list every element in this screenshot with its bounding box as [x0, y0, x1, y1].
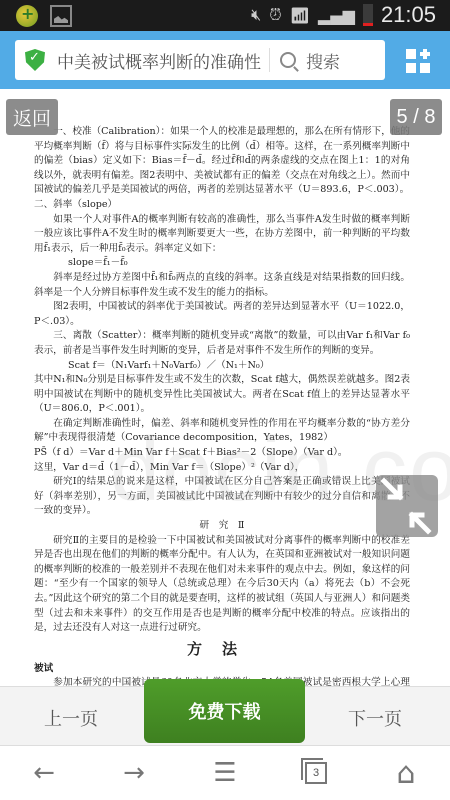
page-indicator: 5 / 8	[390, 99, 442, 135]
document-paragraph: slope＝f̄₁－f̄₀	[34, 256, 410, 271]
clock: 21:05	[381, 2, 436, 28]
document-viewer[interactable]: 一、校准（Calibration）：如果一个人的校准是最理想的，那么在所有情形下…	[0, 89, 450, 695]
document-paragraph: 在确定判断准确性时，偏差、斜率和随机变异性的作用在平均概率分数的“协方差分解”中…	[34, 417, 410, 446]
free-download-button[interactable]: 免费下载	[144, 679, 305, 743]
document-paragraph: PS̄（f d）＝Var d＋Min Var f＋Scat f＋Bias²－2（…	[34, 446, 410, 461]
document-paragraph: 方法	[34, 636, 410, 662]
document-paragraph: 二、斜率（slope）	[34, 198, 410, 213]
fullscreen-toggle-button[interactable]	[376, 475, 438, 537]
alarm-icon: ⏰︎	[269, 5, 281, 25]
tabs-button[interactable]: 3	[296, 756, 336, 790]
wifi-icon: 📶︎	[290, 6, 310, 25]
collapse-arrows-icon	[376, 475, 438, 537]
browser-top-bar: 中美被试概率判断的准确性 搜索	[0, 31, 450, 89]
document-paragraph: 如果一个人对事件A的概率判断有较高的准确性，那么当事件A发生时做的概率判断一般应…	[34, 213, 410, 257]
previous-page-button[interactable]: 上一页	[44, 705, 98, 731]
address-search-box[interactable]: 中美被试概率判断的准确性 搜索	[15, 40, 385, 80]
next-page-button[interactable]: 下一页	[348, 705, 402, 731]
document-paragraph: 其中N₁和N₀分别是目标事件发生或不发生的次数，Scat f越大，偶然误差就越多…	[34, 373, 410, 417]
back-button[interactable]: 返回	[6, 99, 58, 135]
status-bar: 🔇︎ ⏰︎ 📶︎ ▂▄▆ 21:05	[0, 0, 450, 31]
mute-icon: 🔇︎	[251, 5, 261, 25]
document-paragraph: 研究Ⅱ的主要目的是检验一下中国被试和美国被试对分离事件的概率判断中的校准差异是否…	[34, 534, 410, 636]
document-paragraph: 被试	[34, 662, 410, 677]
grid-plus-icon[interactable]	[406, 49, 430, 73]
browser-nav-bar: ← → ☰ 3 ⌂	[0, 746, 450, 800]
back-arrow-icon[interactable]: ←	[24, 756, 64, 790]
divider	[269, 48, 270, 72]
search-icon[interactable]	[280, 52, 296, 68]
document-title[interactable]: 中美被试概率判断的准确性	[57, 48, 261, 73]
document-paragraph: 三、离散（Scatter）：概率判断的随机变异或“离散”的数量，可以由Var f…	[34, 329, 410, 358]
battery-icon	[363, 4, 373, 26]
page-action-bar: 上一页 免费下载 下一页	[0, 686, 450, 746]
app-notification-icon	[16, 5, 38, 27]
tabs-count-icon: 3	[305, 762, 327, 784]
forward-arrow-icon[interactable]: →	[114, 756, 154, 790]
signal-icon: ▂▄▆	[318, 6, 355, 25]
image-notification-icon	[50, 5, 72, 27]
home-icon[interactable]: ⌂	[386, 756, 426, 790]
search-button[interactable]: 搜索	[306, 48, 340, 73]
document-paragraph: 一、校准（Calibration）：如果一个人的校准是最理想的，那么在所有情形下…	[34, 125, 410, 198]
document-paragraph: 图2表明，中国被试的斜率优于美国被试。两者的差异达到显著水平（U＝1022.0，…	[34, 300, 410, 329]
document-paragraph: 研究Ⅰ的结果总的说来是这样，中国被试在区分自己答案是正确或错误上比美国被试好（斜…	[34, 475, 410, 519]
document-paragraph: Scat f＝（N₁Varf₁＋N₀Varf₀）／（N₁＋N₀）	[34, 359, 410, 374]
document-paragraph: 斜率是经过协方差图中f̄₁和f̄₀两点的直线的斜率。这条直线是对结果指数的回归线…	[34, 271, 410, 300]
security-shield-icon	[25, 49, 45, 71]
document-page: 一、校准（Calibration）：如果一个人的校准是最理想的，那么在所有情形下…	[34, 125, 410, 695]
menu-list-icon[interactable]: ☰	[205, 756, 245, 790]
document-paragraph: 研 究 Ⅱ	[34, 519, 410, 534]
document-paragraph: 这里，Var d＝d̄（1－d̄），Min Var f＝（Slope）²（Var…	[34, 461, 410, 476]
